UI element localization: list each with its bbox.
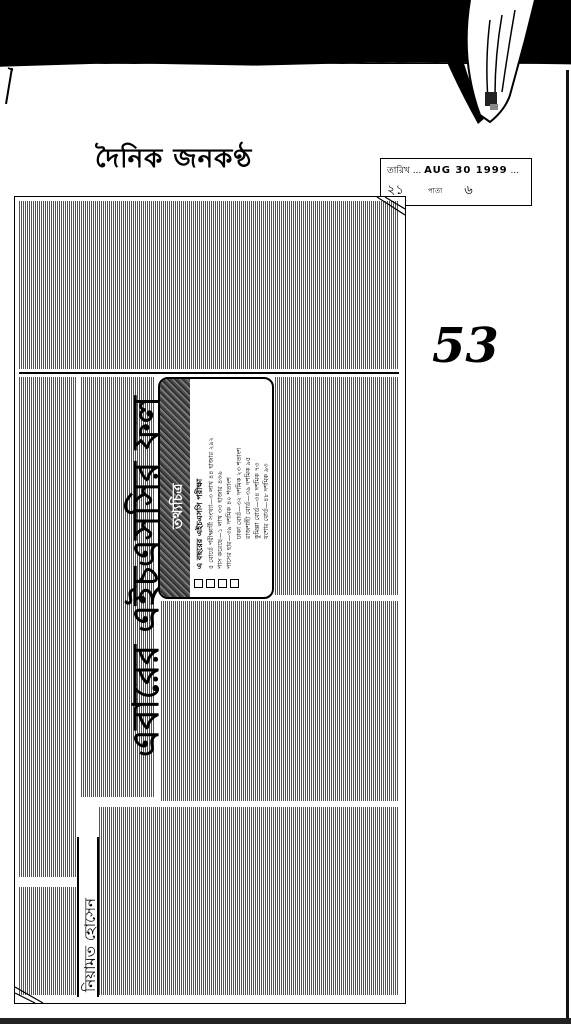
cut-corner-mark-icon	[375, 197, 405, 217]
infobox-statistics: তথ্যচিত্র এ বছরের এইচএসসি পরীক্ষা ৫ বোর্…	[158, 377, 274, 599]
article-body-text-lower	[161, 601, 399, 801]
bullet-square-icon	[218, 579, 227, 588]
article-body-text-right	[275, 377, 399, 595]
section-rule	[19, 372, 399, 374]
article-byline: নিয়ামত হোসেন	[79, 898, 104, 992]
infobox-bullet-squares	[194, 579, 239, 591]
newspaper-clipping: এবারের এইচএসসির ফল নিয়ামত হোসেন তথ্যচিত…	[14, 196, 406, 1004]
bullet-square-icon	[206, 579, 215, 588]
paper-right-edge	[566, 70, 569, 1024]
stamp-date: AUG 30 1999	[424, 165, 507, 176]
handwritten-page-number: 53	[432, 318, 499, 374]
newspaper-masthead: দৈনিক জনকণ্ঠ	[95, 138, 252, 182]
bullet-square-icon	[194, 579, 203, 588]
bullet-square-icon	[230, 579, 239, 588]
article-body-text-top	[19, 201, 399, 369]
pen-stroke-mark-icon	[4, 66, 14, 106]
infobox-title: তথ্যচিত্র	[166, 484, 190, 529]
article-lead-text	[19, 377, 77, 877]
infobox-row: যশোর বোর্ড—৪৮ দশমিক ৯৩	[261, 464, 272, 539]
scan-bottom-edge	[0, 1018, 571, 1024]
article-body-text-bottom	[99, 807, 399, 995]
stamp-date-label: তারিখ	[387, 166, 410, 176]
stamp-page-label: পাতা	[428, 187, 442, 195]
stamp-handwritten-right: ৬	[464, 183, 472, 198]
pen-hand-sketch-icon	[430, 0, 550, 125]
cut-corner-mark-icon	[15, 977, 45, 1003]
